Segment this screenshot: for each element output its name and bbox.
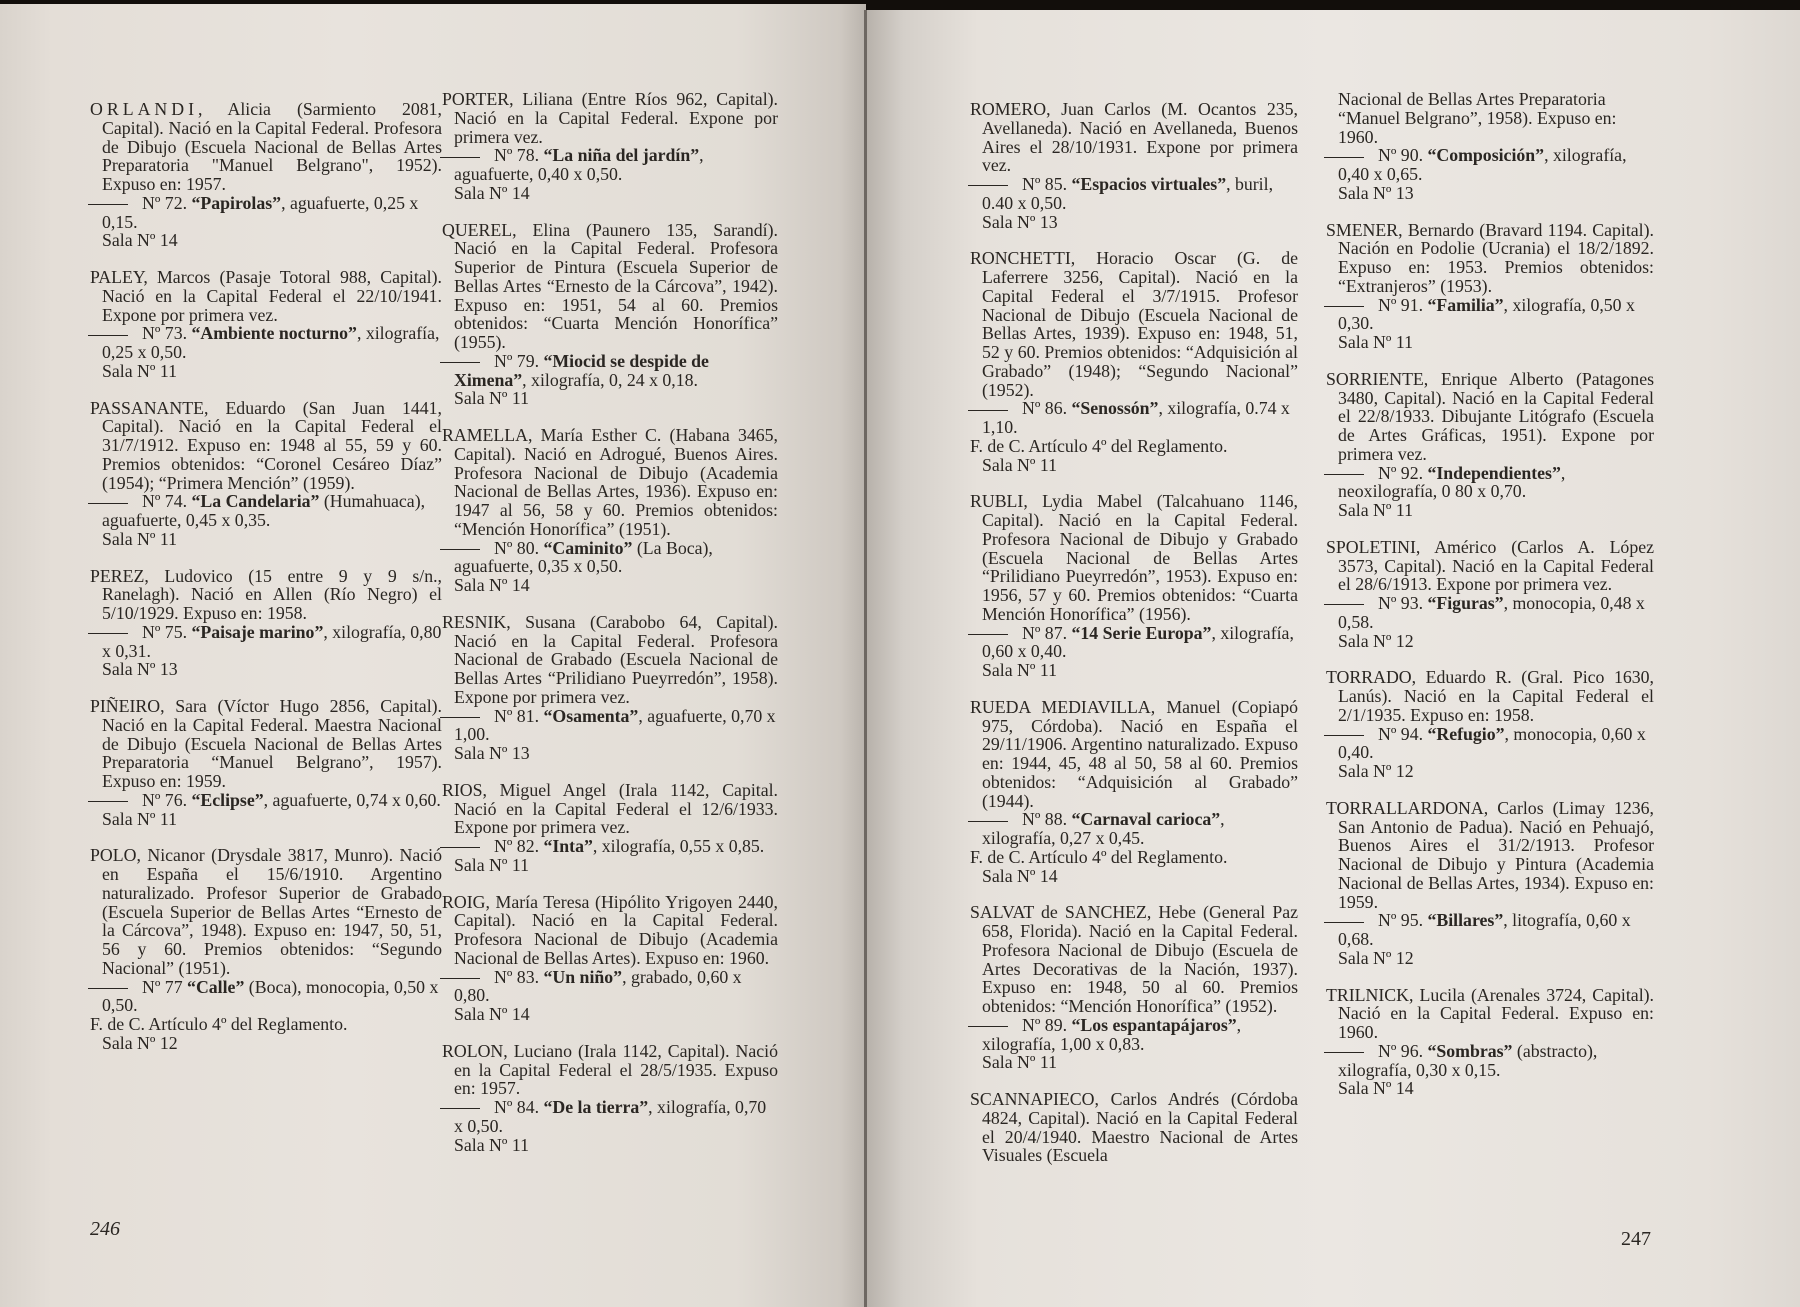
gallery-room: Sala Nº 14: [442, 1005, 778, 1024]
ditto-dash: [1324, 474, 1364, 475]
catalog-entry: SPOLETINI, Américo (Carlos A. López 3573…: [1326, 538, 1654, 651]
ditto-dash: [968, 634, 1008, 635]
artwork-number: Nº 93.: [1378, 593, 1423, 613]
gallery-room: Sala Nº 11: [90, 810, 442, 829]
regulation-note: F. de C. Artículo 4º del Reglamento.: [970, 848, 1298, 867]
artist-name: RUBLI: [970, 491, 1023, 511]
artwork-line: Nº 96. “Sombras” (abstracto), xilografía…: [1326, 1042, 1654, 1080]
entry-bio: ROMERO, Juan Carlos (M. Ocantos 235, Ave…: [970, 100, 1298, 175]
ditto-dash: [440, 549, 480, 550]
gallery-room: Sala Nº 11: [970, 661, 1298, 680]
artwork-title: “Carnaval carioca”: [1071, 809, 1220, 829]
ditto-dash: [440, 847, 480, 848]
gallery-room: Sala Nº 11: [970, 1053, 1298, 1072]
catalog-entry: ROLON, Luciano (Irala 1142, Capital). Na…: [442, 1042, 778, 1155]
artwork-title: “Paisaje marino”: [191, 622, 323, 642]
entry-bio: SMENER, Bernardo (Bravard 1194. Capital)…: [1326, 221, 1654, 296]
catalog-entry: RUBLI, Lydia Mabel (Talcahuano 1146, Cap…: [970, 492, 1298, 680]
ditto-dash: [440, 157, 480, 158]
artwork-line: Nº 81. “Osamenta”, aguafuerte, 0,70 x 1,…: [442, 707, 778, 745]
artwork-title: “14 Serie Europa”: [1071, 623, 1211, 643]
entry-bio: RUEDA MEDIAVILLA, Manuel (Copiapó 975, C…: [970, 698, 1298, 811]
gallery-room: Sala Nº 11: [442, 856, 778, 875]
gallery-room: Sala Nº 11: [90, 530, 442, 549]
artwork-line: Nº 72. “Papirolas”, aguafuerte, 0,25 x 0…: [90, 194, 442, 232]
gallery-room: Sala Nº 11: [442, 1136, 778, 1155]
entry-bio: PIÑEIRO, Sara (Víctor Hugo 2856, Capital…: [90, 697, 442, 791]
artwork-number: Nº 81.: [494, 706, 539, 726]
page-number-right: 247: [1621, 1228, 1651, 1251]
catalog-column-right-2: Nacional de Bellas Artes Preparatoria “M…: [1326, 90, 1654, 1116]
artist-bio-text: Nacional de Bellas Artes Preparatoria “M…: [1338, 89, 1617, 147]
artwork-number: Nº 88.: [1022, 809, 1067, 829]
artist-name: SCANNAPIECO: [970, 1089, 1095, 1109]
artwork-title: “Billares”: [1427, 910, 1503, 930]
artist-bio-text: , Elina (Paunero 135, Sarandí). Nació en…: [454, 220, 778, 353]
artwork-title: “Los espantapájaros”: [1071, 1015, 1236, 1035]
artist-name: TORRALLARDONA: [1326, 798, 1484, 818]
artwork-number: Nº 76.: [142, 790, 187, 810]
artist-bio-text: , Miguel Angel (Irala 1142, Capital. Nac…: [454, 780, 778, 838]
artwork-title: “Senossón”: [1071, 398, 1158, 418]
artist-name: RONCHETTI: [970, 248, 1071, 268]
gallery-room: Sala Nº 14: [442, 184, 778, 203]
artist-bio-text: , Lydia Mabel (Talcahuano 1146, Capital)…: [982, 491, 1298, 624]
artwork-title: “Refugio”: [1427, 724, 1504, 744]
catalog-entry: SORRIENTE, Enrique Alberto (Patagones 34…: [1326, 370, 1654, 520]
artwork-number: Nº 82.: [494, 836, 539, 856]
entry-bio: ORLANDI, Alicia (Sarmiento 2081, Capital…: [90, 100, 442, 194]
artwork-title: “Calle”: [187, 977, 244, 997]
artist-name: POLO: [90, 845, 136, 865]
catalog-entry: ORLANDI, Alicia (Sarmiento 2081, Capital…: [90, 100, 442, 250]
catalog-entry: RONCHETTI, Horacio Oscar (G. de Laferrer…: [970, 249, 1298, 474]
entry-bio: RESNIK, Susana (Carabobo 64, Capital). N…: [442, 613, 778, 707]
catalog-entry: SALVAT de SANCHEZ, Hebe (General Paz 658…: [970, 903, 1298, 1072]
artist-name: SMENER: [1326, 220, 1398, 240]
catalog-entry: TORRALLARDONA, Carlos (Limay 1236, San A…: [1326, 799, 1654, 968]
ditto-dash: [88, 801, 128, 802]
catalog-entry: Nacional de Bellas Artes Preparatoria “M…: [1326, 90, 1654, 203]
page-number-left: 246: [90, 1218, 120, 1241]
ditto-dash: [968, 410, 1008, 411]
gallery-room: Sala Nº 13: [1326, 184, 1654, 203]
entry-bio: POLO, Nicanor (Drysdale 3817, Munro). Na…: [90, 846, 442, 977]
gallery-room: Sala Nº 11: [1326, 501, 1654, 520]
entry-bio: RIOS, Miguel Angel (Irala 1142, Capital.…: [442, 781, 778, 837]
artwork-title: “Espacios virtuales”: [1071, 174, 1226, 194]
artwork-title: “Composición”: [1427, 145, 1544, 165]
entry-bio: Nacional de Bellas Artes Preparatoria “M…: [1326, 90, 1654, 146]
catalog-column-left-2: PORTER, Liliana (Entre Ríos 962, Capital…: [442, 90, 778, 1172]
artwork-line: Nº 75. “Paisaje marino”, xilografía, 0,8…: [90, 623, 442, 661]
ditto-dash: [968, 185, 1008, 186]
entry-bio: TRILNICK, Lucila (Arenales 3724, Capital…: [1326, 986, 1654, 1042]
gallery-room: Sala Nº 12: [1326, 762, 1654, 781]
entry-bio: PALEY, Marcos (Pasaje Totoral 988, Capit…: [90, 268, 442, 324]
catalog-entry: PASSANANTE, Eduardo (San Juan 1441, Capi…: [90, 399, 442, 549]
ditto-dash: [440, 717, 480, 718]
artwork-technique-size: , xilografía, 0,55 x 0,85.: [593, 836, 764, 856]
gallery-room: Sala Nº 11: [1326, 333, 1654, 352]
artwork-number: Nº 90.: [1378, 145, 1423, 165]
artwork-number: Nº 78.: [494, 145, 539, 165]
artwork-line: Nº 93. “Figuras”, monocopia, 0,48 x 0,58…: [1326, 594, 1654, 632]
entry-bio: PORTER, Liliana (Entre Ríos 962, Capital…: [442, 90, 778, 146]
catalog-entry: SMENER, Bernardo (Bravard 1194. Capital)…: [1326, 221, 1654, 352]
ditto-dash: [440, 362, 480, 363]
artist-bio-text: , María Teresa (Hipólito Yrigoyen 2440, …: [454, 892, 778, 968]
artist-bio-text: , Marcos (Pasaje Totoral 988, Capital). …: [102, 267, 442, 325]
artwork-line: Nº 88. “Carnaval carioca”, xilografía, 0…: [970, 810, 1298, 848]
artwork-title: “Independientes”: [1427, 463, 1560, 483]
artwork-title: “Caminito”: [543, 538, 632, 558]
artwork-line: Nº 92. “Independientes”, neoxilografía, …: [1326, 464, 1654, 502]
artwork-technique-size: , aguafuerte, 0,74 x 0,60.: [264, 790, 441, 810]
catalog-entry: TORRADO, Eduardo R. (Gral. Pico 1630, La…: [1326, 668, 1654, 781]
artwork-title: “Sombras”: [1427, 1041, 1512, 1061]
artwork-line: Nº 83. “Un niño”, grabado, 0,60 x 0,80.: [442, 968, 778, 1006]
catalog-entry: TRILNICK, Lucila (Arenales 3724, Capital…: [1326, 986, 1654, 1099]
gallery-room: Sala Nº 14: [1326, 1079, 1654, 1098]
artwork-line: Nº 89. “Los espantapájaros”, xilografía,…: [970, 1016, 1298, 1054]
artwork-title: “Figuras”: [1427, 593, 1503, 613]
entry-bio: ROLON, Luciano (Irala 1142, Capital). Na…: [442, 1042, 778, 1098]
artwork-number: Nº 86.: [1022, 398, 1067, 418]
artwork-number: Nº 94.: [1378, 724, 1423, 744]
artwork-number: Nº 74.: [142, 491, 187, 511]
artist-bio-text: , Ludovico (15 entre 9 y 9 s/n., Ranelag…: [102, 566, 442, 624]
entry-bio: SPOLETINI, Américo (Carlos A. López 3573…: [1326, 538, 1654, 594]
artwork-number: Nº 87.: [1022, 623, 1067, 643]
artwork-number: Nº 79.: [494, 351, 539, 371]
book-gutter: [864, 10, 867, 1307]
artist-name: PALEY: [90, 267, 143, 287]
artwork-title: “Osamenta”: [543, 706, 638, 726]
gallery-room: Sala Nº 11: [442, 389, 778, 408]
catalog-entry: PORTER, Liliana (Entre Ríos 962, Capital…: [442, 90, 778, 203]
catalog-entry: QUEREL, Elina (Paunero 135, Sarandí). Na…: [442, 221, 778, 409]
artist-name: SPOLETINI: [1326, 537, 1416, 557]
artwork-number: Nº 84.: [494, 1097, 539, 1117]
ditto-dash: [1324, 306, 1364, 307]
artwork-number: Nº 73.: [142, 323, 187, 343]
ditto-dash: [88, 503, 128, 504]
entry-bio: RUBLI, Lydia Mabel (Talcahuano 1146, Cap…: [970, 492, 1298, 623]
catalog-entry: ROIG, María Teresa (Hipólito Yrigoyen 24…: [442, 893, 778, 1024]
entry-bio: ROIG, María Teresa (Hipólito Yrigoyen 24…: [442, 893, 778, 968]
artist-name: PIÑEIRO: [90, 696, 160, 716]
artwork-number: Nº 96.: [1378, 1041, 1423, 1061]
artist-name: SALVAT de SANCHEZ: [970, 902, 1147, 922]
ditto-dash: [1324, 604, 1364, 605]
artist-name: PORTER: [442, 89, 509, 109]
gallery-room: Sala Nº 11: [970, 456, 1298, 475]
artwork-number: Nº 72.: [142, 193, 187, 213]
entry-bio: QUEREL, Elina (Paunero 135, Sarandí). Na…: [442, 221, 778, 352]
artwork-technique-size: , xilografía, 0, 24 x 0,18.: [522, 370, 698, 390]
ditto-dash: [1324, 157, 1364, 158]
artwork-title: “Papirolas”: [191, 193, 281, 213]
artwork-line: Nº 79. “Miocid se despide de Ximena”, xi…: [442, 352, 778, 390]
artwork-number: Nº 95.: [1378, 910, 1423, 930]
artwork-line: Nº 94. “Refugio”, monocopia, 0,60 x 0,40…: [1326, 725, 1654, 763]
ditto-dash: [1324, 735, 1364, 736]
artwork-line: Nº 90. “Composición”, xilografía, 0,40 x…: [1326, 146, 1654, 184]
gallery-room: Sala Nº 14: [970, 867, 1298, 886]
artwork-title: “Un niño”: [543, 967, 622, 987]
entry-bio: SALVAT de SANCHEZ, Hebe (General Paz 658…: [970, 903, 1298, 1016]
entry-bio: RAMELLA, María Esther C. (Habana 3465, C…: [442, 426, 778, 539]
artwork-number: Nº 91.: [1378, 295, 1423, 315]
artwork-line: Nº 91. “Familia”, xilografía, 0,50 x 0,3…: [1326, 296, 1654, 334]
artwork-line: Nº 76. “Eclipse”, aguafuerte, 0,74 x 0,6…: [90, 791, 442, 810]
artist-name: RUEDA MEDIAVILLA: [970, 697, 1151, 717]
artist-name: RESNIK: [442, 612, 506, 632]
gallery-room: Sala Nº 13: [442, 744, 778, 763]
artwork-number: Nº 75.: [142, 622, 187, 642]
entry-bio: PASSANANTE, Eduardo (San Juan 1441, Capi…: [90, 399, 442, 493]
artwork-title: “Familia”: [1427, 295, 1503, 315]
artwork-line: Nº 85. “Espacios virtuales”, buril, 0.40…: [970, 175, 1298, 213]
artwork-title: “Ambiente nocturno”: [191, 323, 356, 343]
gallery-room: Sala Nº 12: [1326, 949, 1654, 968]
catalog-entry: ROMERO, Juan Carlos (M. Ocantos 235, Ave…: [970, 100, 1298, 231]
artwork-number: Nº 83.: [494, 967, 539, 987]
artist-name: ROMERO: [970, 99, 1046, 119]
artwork-number: Nº 77: [142, 977, 183, 997]
regulation-note: F. de C. Artículo 4º del Reglamento.: [90, 1015, 442, 1034]
ditto-dash: [88, 335, 128, 336]
artwork-number: Nº 80.: [494, 538, 539, 558]
artist-name: PASSANANTE: [90, 398, 204, 418]
artist-name: ROIG: [442, 892, 485, 912]
artist-name: ORLANDI: [90, 99, 198, 119]
artwork-line: Nº 95. “Billares”, litografía, 0,60 x 0,…: [1326, 911, 1654, 949]
catalog-entry: RIOS, Miguel Angel (Irala 1142, Capital.…: [442, 781, 778, 875]
artwork-number: Nº 92.: [1378, 463, 1423, 483]
artwork-line: Nº 73. “Ambiente nocturno”, xilografía, …: [90, 324, 442, 362]
artist-name: PEREZ: [90, 566, 144, 586]
gallery-room: Sala Nº 12: [1326, 632, 1654, 651]
entry-bio: SORRIENTE, Enrique Alberto (Patagones 34…: [1326, 370, 1654, 464]
artist-name: ROLON: [442, 1041, 503, 1061]
artwork-title: “Eclipse”: [191, 790, 263, 810]
catalog-entry: PIÑEIRO, Sara (Víctor Hugo 2856, Capital…: [90, 697, 442, 828]
gallery-room: Sala Nº 12: [90, 1034, 442, 1053]
artist-name: SORRIENTE: [1326, 369, 1424, 389]
ditto-dash: [968, 821, 1008, 822]
artist-name: TORRADO: [1326, 667, 1412, 687]
ditto-dash: [440, 978, 480, 979]
artwork-line: Nº 77 “Calle” (Boca), monocopia, 0,50 x …: [90, 978, 442, 1016]
gallery-room: Sala Nº 11: [90, 362, 442, 381]
ditto-dash: [440, 1108, 480, 1109]
artwork-title: “De la tierra”: [543, 1097, 648, 1117]
artwork-number: Nº 85.: [1022, 174, 1067, 194]
entry-bio: PEREZ, Ludovico (15 entre 9 y 9 s/n., Ra…: [90, 567, 442, 623]
artwork-line: Nº 87. “14 Serie Europa”, xilografía, 0,…: [970, 624, 1298, 662]
ditto-dash: [1324, 922, 1364, 923]
catalog-entry: PALEY, Marcos (Pasaje Totoral 988, Capit…: [90, 268, 442, 381]
catalog-entry: POLO, Nicanor (Drysdale 3817, Munro). Na…: [90, 846, 442, 1052]
artist-name: RAMELLA: [442, 425, 528, 445]
artwork-line: Nº 80. “Caminito” (La Boca), aguafuerte,…: [442, 539, 778, 577]
entry-bio: TORRALLARDONA, Carlos (Limay 1236, San A…: [1326, 799, 1654, 912]
artist-bio-text: , Horacio Oscar (G. de Laferrere 3256, C…: [982, 248, 1298, 399]
catalog-entry: RUEDA MEDIAVILLA, Manuel (Copiapó 975, C…: [970, 698, 1298, 886]
artwork-line: Nº 78. “La niña del jardín”, aguafuerte,…: [442, 146, 778, 184]
regulation-note: F. de C. Artículo 4º del Reglamento.: [970, 437, 1298, 456]
artwork-line: Nº 84. “De la tierra”, xilografía, 0,70 …: [442, 1098, 778, 1136]
gallery-room: Sala Nº 13: [90, 660, 442, 679]
catalog-entry: PEREZ, Ludovico (15 entre 9 y 9 s/n., Ra…: [90, 567, 442, 680]
artist-bio-text: , Luciano (Irala 1142, Capital). Nació e…: [454, 1041, 778, 1099]
gallery-room: Sala Nº 13: [970, 213, 1298, 232]
artist-name: RIOS: [442, 780, 483, 800]
catalog-entry: RAMELLA, María Esther C. (Habana 3465, C…: [442, 426, 778, 595]
artist-name: TRILNICK: [1326, 985, 1409, 1005]
artwork-line: Nº 86. “Senossón”, xilografía, 0.74 x 1,…: [970, 399, 1298, 437]
entry-bio: TORRADO, Eduardo R. (Gral. Pico 1630, La…: [1326, 668, 1654, 724]
catalog-column-right-1: ROMERO, Juan Carlos (M. Ocantos 235, Ave…: [970, 100, 1298, 1183]
artwork-title: “La Candelaria”: [191, 491, 319, 511]
catalog-entry: SCANNAPIECO, Carlos Andrés (Córdoba 4824…: [970, 1090, 1298, 1165]
catalog-column-left-1: ORLANDI, Alicia (Sarmiento 2081, Capital…: [90, 100, 442, 1071]
ditto-dash: [88, 633, 128, 634]
artist-bio-text: , Nicanor (Drysdale 3817, Munro). Nació …: [102, 845, 442, 978]
artwork-line: Nº 82. “Inta”, xilografía, 0,55 x 0,85.: [442, 837, 778, 856]
ditto-dash: [88, 204, 128, 205]
ditto-dash: [1324, 1052, 1364, 1053]
ditto-dash: [968, 1026, 1008, 1027]
entry-bio: RONCHETTI, Horacio Oscar (G. de Laferrer…: [970, 249, 1298, 399]
gallery-room: Sala Nº 14: [90, 231, 442, 250]
artwork-title: “Inta”: [543, 836, 592, 856]
entry-bio: SCANNAPIECO, Carlos Andrés (Córdoba 4824…: [970, 1090, 1298, 1165]
gallery-room: Sala Nº 14: [442, 576, 778, 595]
catalog-entry: RESNIK, Susana (Carabobo 64, Capital). N…: [442, 613, 778, 763]
artist-name: QUEREL: [442, 220, 512, 240]
artwork-number: Nº 89.: [1022, 1015, 1067, 1035]
ditto-dash: [88, 988, 128, 989]
artwork-title: “La niña del jardín”: [543, 145, 699, 165]
artwork-line: Nº 74. “La Candelaria” (Humahuaca), agua…: [90, 492, 442, 530]
